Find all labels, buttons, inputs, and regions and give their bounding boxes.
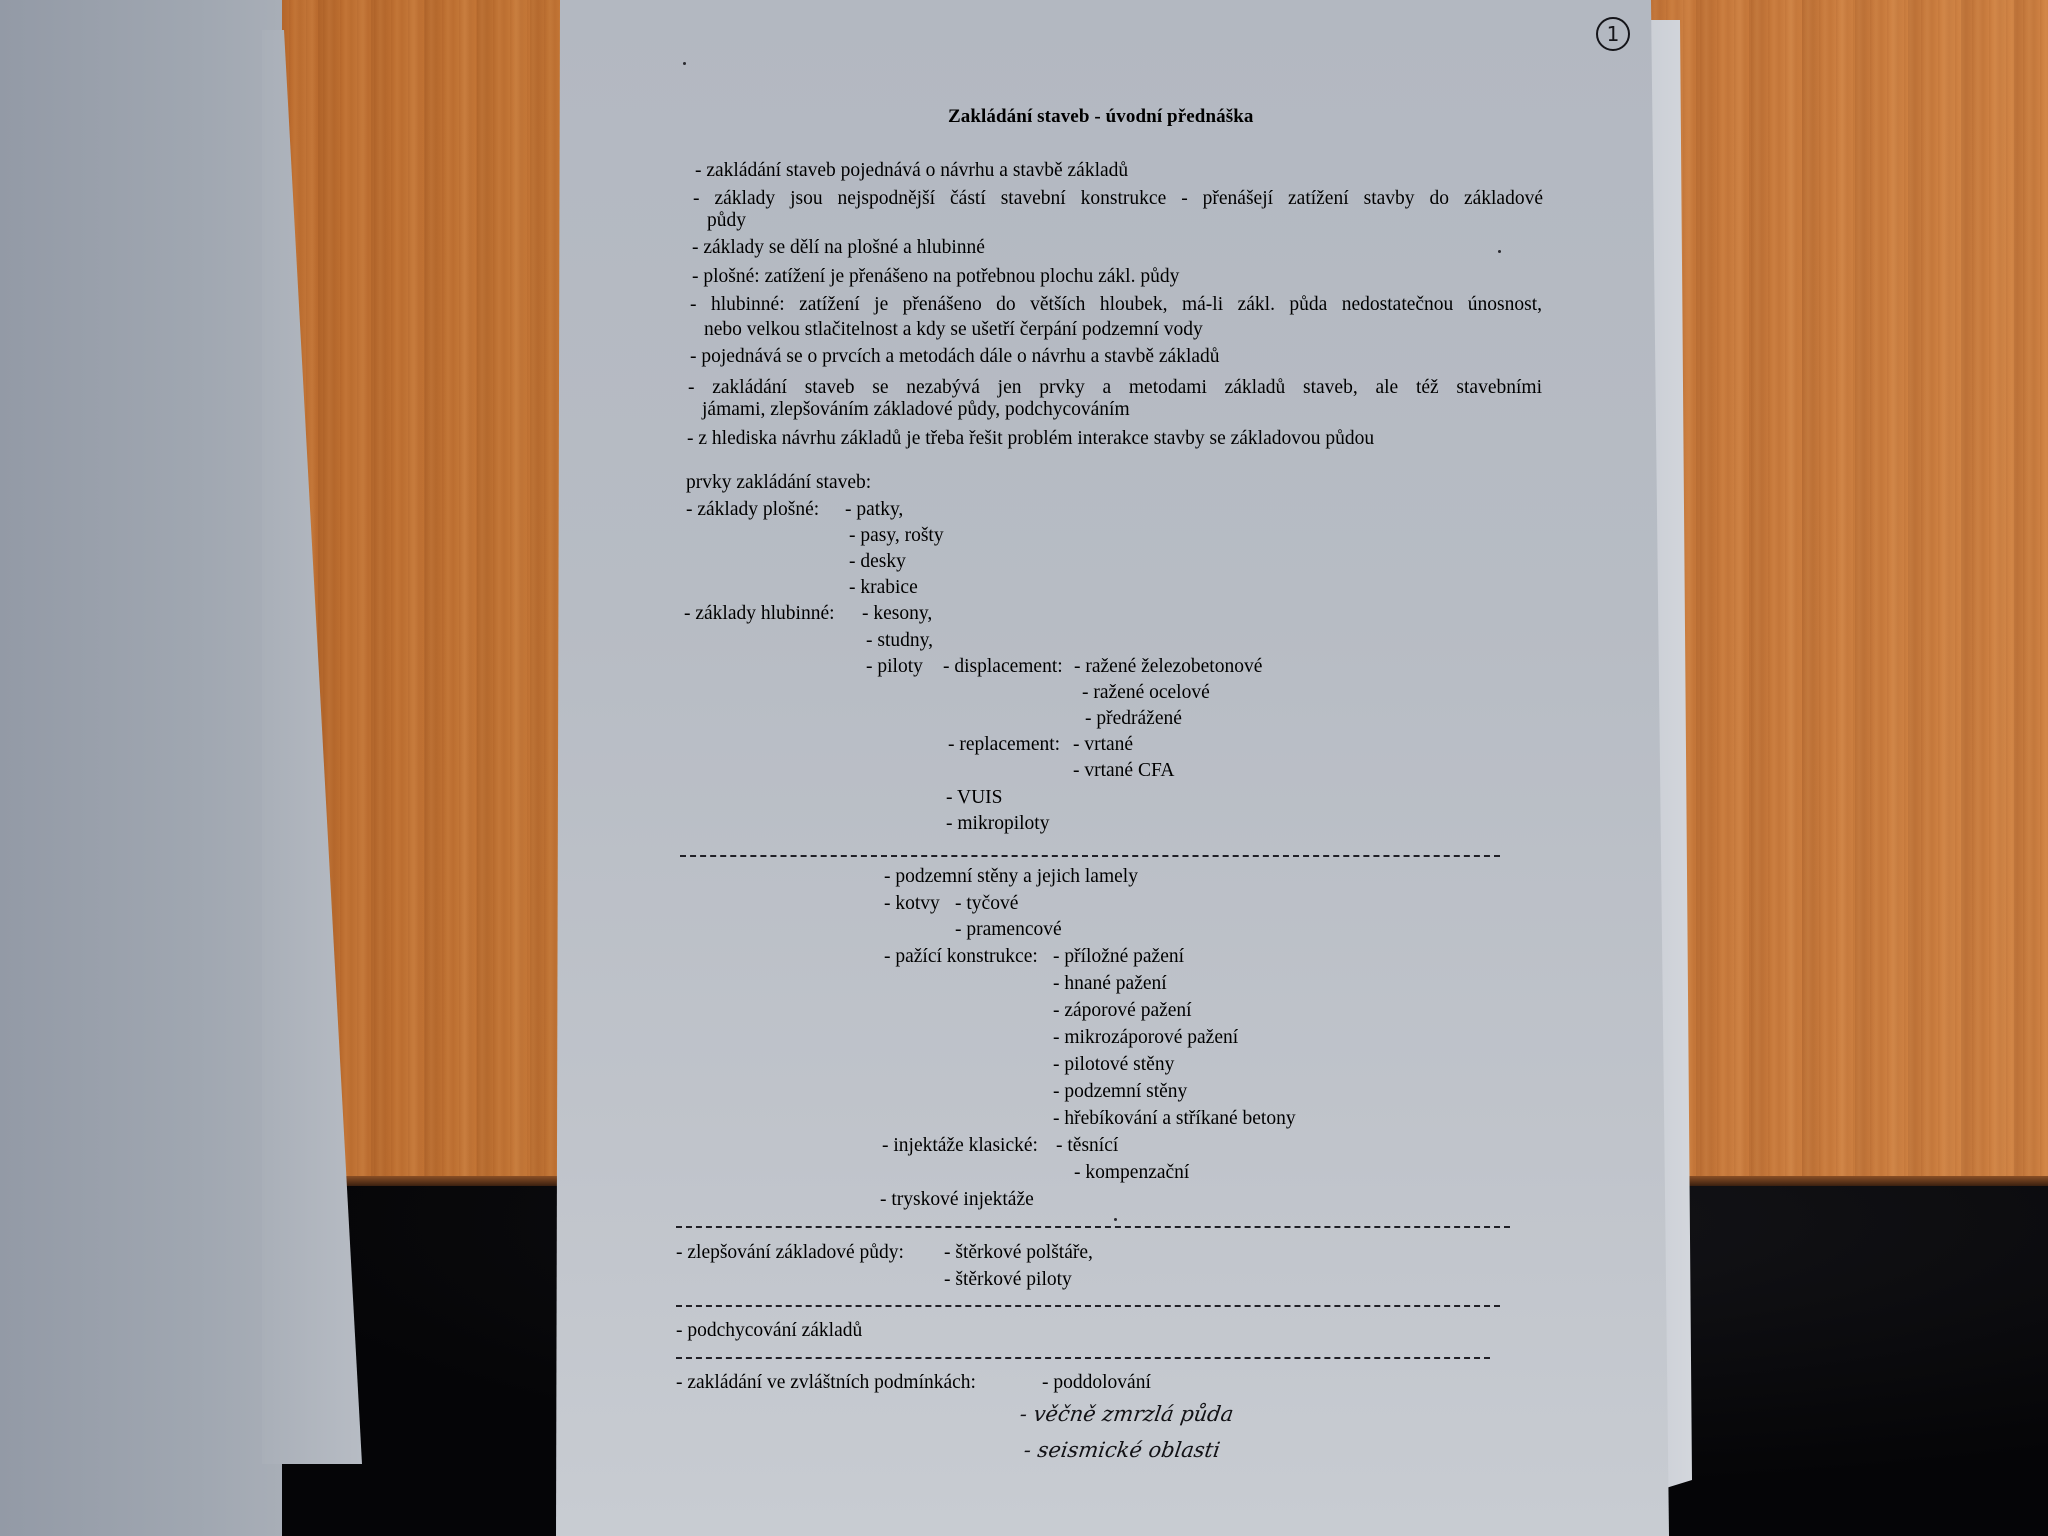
document-title: Zakládání staveb - úvodní přednáška <box>948 106 1254 128</box>
intro-line: - základy se dělí na plošné a hlubinné <box>692 237 985 259</box>
handwritten-note: - seismické oblasti <box>1022 1438 1221 1462</box>
piles-label: - piloty <box>866 656 923 678</box>
bracing-item: - hnané pažení <box>1053 973 1167 995</box>
intro-line-cont: jámami, zlepšováním základové půdy, podc… <box>702 399 1130 421</box>
replacement-item: - vrtané <box>1073 734 1133 756</box>
paper-speck <box>683 62 686 65</box>
replacement-item: - vrtané CFA <box>1073 760 1174 782</box>
special-item: - poddolování <box>1042 1372 1151 1394</box>
displacement-item: - ražené železobetonové <box>1074 656 1262 678</box>
bracing-label: - pažící konstrukce: <box>884 946 1038 968</box>
paper-speck <box>1114 1218 1117 1221</box>
paper-speck <box>1498 250 1501 253</box>
intro-line-cont: nebo velkou stlačitelnost a kdy se ušetř… <box>704 319 1203 341</box>
pile-other-item: - VUIS <box>946 787 1003 809</box>
background-sheet-left <box>0 0 282 1536</box>
grouting-item: - těsnící <box>1056 1135 1118 1157</box>
intro-line: - plošné: zatížení je přenášeno na potře… <box>692 266 1179 288</box>
bracing-item: - hřebíkování a stříkané betony <box>1053 1108 1296 1130</box>
intro-line: - zakládání staveb se nezabývá jen prvky… <box>688 377 1542 399</box>
intro-line: - z hlediska návrhu základů je třeba řeš… <box>687 428 1374 450</box>
replacement-label: - replacement: <box>948 734 1060 756</box>
deep-label: - základy hlubinné: <box>684 603 835 625</box>
shallow-item: - pasy, rošty <box>849 525 944 547</box>
pile-other-item: - mikropiloty <box>946 813 1049 835</box>
handwritten-note: - věčně zmrzlá půda <box>1018 1402 1235 1426</box>
anchors-label: - kotvy <box>884 893 940 915</box>
page-number-circle: 1 <box>1596 17 1630 51</box>
jet-grouting: - tryskové injektáže <box>880 1189 1034 1211</box>
displacement-item: - ražené ocelové <box>1082 682 1210 704</box>
shallow-item: - desky <box>849 551 906 573</box>
deep-item: - kesony, <box>862 603 932 625</box>
shallow-item: - patky, <box>845 499 903 521</box>
dashed-divider <box>676 1226 1510 1228</box>
dashed-divider <box>676 1305 1500 1307</box>
grouting-label: - injektáže klasické: <box>882 1135 1038 1157</box>
displacement-item: - předrážené <box>1085 708 1182 730</box>
grouting-item: - kompenzační <box>1074 1162 1189 1184</box>
deep-item: - studny, <box>866 630 933 652</box>
dashed-divider <box>680 855 1500 857</box>
intro-line: - hlubinné: zatížení je přenášeno do vět… <box>690 294 1542 316</box>
underpinning: - podchycování základů <box>676 1320 862 1342</box>
displacement-label: - displacement: <box>943 656 1063 678</box>
intro-line-cont: půdy <box>707 210 746 232</box>
dashed-divider <box>676 1357 1490 1359</box>
bracing-item: - mikrozáporové pažení <box>1053 1027 1238 1049</box>
anchors-item: - pramencové <box>955 919 1062 941</box>
soil-improvement-item: - štěrkové polštáře, <box>944 1242 1093 1264</box>
soil-improvement-label: - zlepšování základové půdy: <box>676 1242 904 1264</box>
bracing-item: - pilotové stěny <box>1053 1054 1174 1076</box>
intro-line: - pojednává se o prvcích a metodách dále… <box>690 346 1220 368</box>
intro-line: - zakládání staveb pojednává o návrhu a … <box>695 160 1128 182</box>
bracing-item: - záporové pažení <box>1053 1000 1192 1022</box>
anchors-item: - tyčové <box>955 893 1018 915</box>
soil-improvement-item: - štěrkové piloty <box>944 1269 1072 1291</box>
special-label: - zakládání ve zvláštních podmínkách: <box>676 1372 976 1394</box>
bracing-item: - příložné pažení <box>1053 946 1184 968</box>
bracing-item: - podzemní stěny <box>1053 1081 1187 1103</box>
intro-line: - základy jsou nejspodnější částí staveb… <box>693 188 1543 210</box>
elements-heading: prvky zakládání staveb: <box>686 472 871 494</box>
shallow-item: - krabice <box>849 577 918 599</box>
shallow-label: - základy plošné: <box>686 499 819 521</box>
excavation-item: - podzemní stěny a jejich lamely <box>884 866 1138 888</box>
